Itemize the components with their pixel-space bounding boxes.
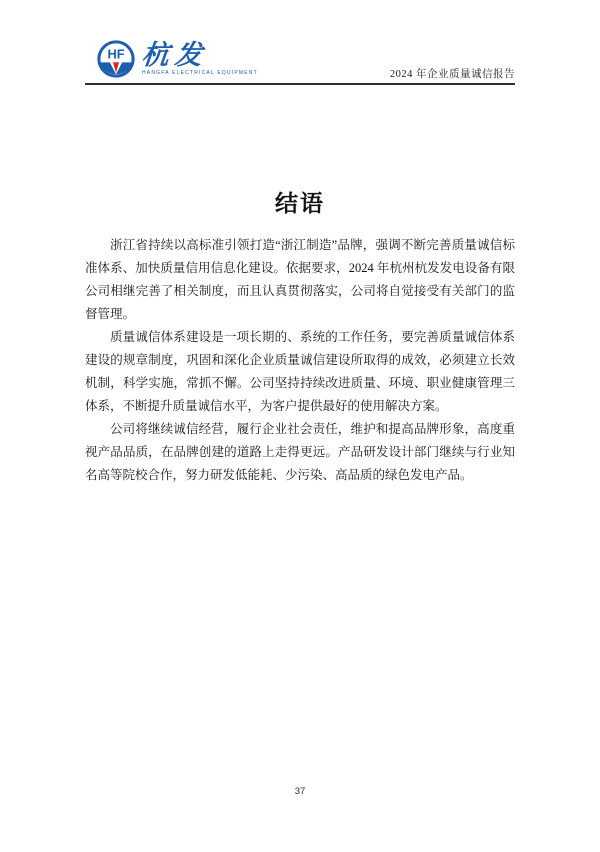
paragraph: 浙江省持续以高标准引领打造“浙江制造”品牌，强调不断完善质量诚信标准体系、加快质… — [85, 234, 515, 326]
section-title: 结语 — [85, 185, 515, 218]
header-rule — [85, 83, 515, 85]
brand-name: 杭发 — [141, 42, 260, 68]
document-body: 浙江省持续以高标准引领打造“浙江制造”品牌，强调不断完善质量诚信标准体系、加快质… — [85, 234, 515, 487]
page-header: HF 杭发 HANGFA ELECTRICAL EQUIPMENT 2024 年… — [85, 38, 515, 84]
paragraph: 质量诚信体系建设是一项长期的、系统的工作任务，要完善质量诚信体系建设的规章制度，… — [85, 326, 515, 418]
brand-block: 杭发 HANGFA ELECTRICAL EQUIPMENT — [142, 40, 258, 76]
paragraph: 公司将继续诚信经营，履行企业社会责任，维护和提高品牌形象，高度重视产品品质，在品… — [85, 418, 515, 487]
report-title: 2024 年企业质量诚信报告 — [390, 66, 515, 81]
report-page: HF 杭发 HANGFA ELECTRICAL EQUIPMENT 2024 年… — [0, 0, 600, 852]
brand-subtext: HANGFA ELECTRICAL EQUIPMENT — [142, 70, 258, 76]
page-number: 37 — [0, 786, 600, 797]
svg-text:HF: HF — [107, 47, 124, 62]
company-logo: HF 杭发 HANGFA ELECTRICAL EQUIPMENT — [97, 40, 258, 78]
hf-monogram-icon: HF — [97, 40, 135, 78]
